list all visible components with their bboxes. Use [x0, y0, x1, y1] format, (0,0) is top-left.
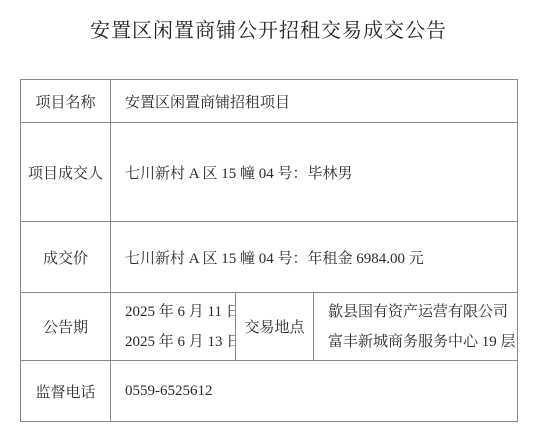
page-title: 安置区闲置商铺公开招租交易成交公告 — [0, 14, 537, 43]
trade-location-line2: 富丰新城商务服务中心 19 层 — [328, 327, 509, 357]
supervision-phone-value: 0559-6525612 — [111, 361, 518, 422]
trade-location-line1: 歙县国有资产运营有限公司 — [328, 297, 509, 327]
price-label: 成交价 — [21, 222, 111, 293]
supervision-phone-label: 监督电话 — [21, 361, 111, 422]
notice-period-value: 2025 年 6 月 11 日- 2025 年 6 月 13 日 — [111, 293, 236, 361]
winner-label: 项目成交人 — [21, 123, 111, 222]
price-value: 七川新村 A 区 15 幢 04 号：年租金 6984.00 元 — [111, 222, 518, 293]
table-row-supervision-phone: 监督电话 0559-6525612 — [21, 361, 518, 422]
trade-location-value: 歙县国有资产运营有限公司 富丰新城商务服务中心 19 层 — [314, 293, 518, 361]
notice-table: 项目名称 安置区闲置商铺招租项目 项目成交人 七川新村 A 区 15 幢 04 … — [20, 79, 518, 422]
table-row-price: 成交价 七川新村 A 区 15 幢 04 号：年租金 6984.00 元 — [21, 222, 518, 293]
notice-period-end: 2025 年 6 月 13 日 — [125, 327, 227, 357]
notice-period-start: 2025 年 6 月 11 日- — [125, 297, 227, 327]
notice-period-label: 公告期 — [21, 293, 111, 361]
table-row-winner: 项目成交人 七川新村 A 区 15 幢 04 号：毕林男 — [21, 123, 518, 222]
project-name-label: 项目名称 — [21, 80, 111, 123]
table-row-project-name: 项目名称 安置区闲置商铺招租项目 — [21, 80, 518, 123]
table-row-notice-period: 公告期 2025 年 6 月 11 日- 2025 年 6 月 13 日 交易地… — [21, 293, 518, 361]
project-name-value: 安置区闲置商铺招租项目 — [111, 80, 518, 123]
winner-value: 七川新村 A 区 15 幢 04 号：毕林男 — [111, 123, 518, 222]
trade-location-label: 交易地点 — [236, 293, 314, 361]
